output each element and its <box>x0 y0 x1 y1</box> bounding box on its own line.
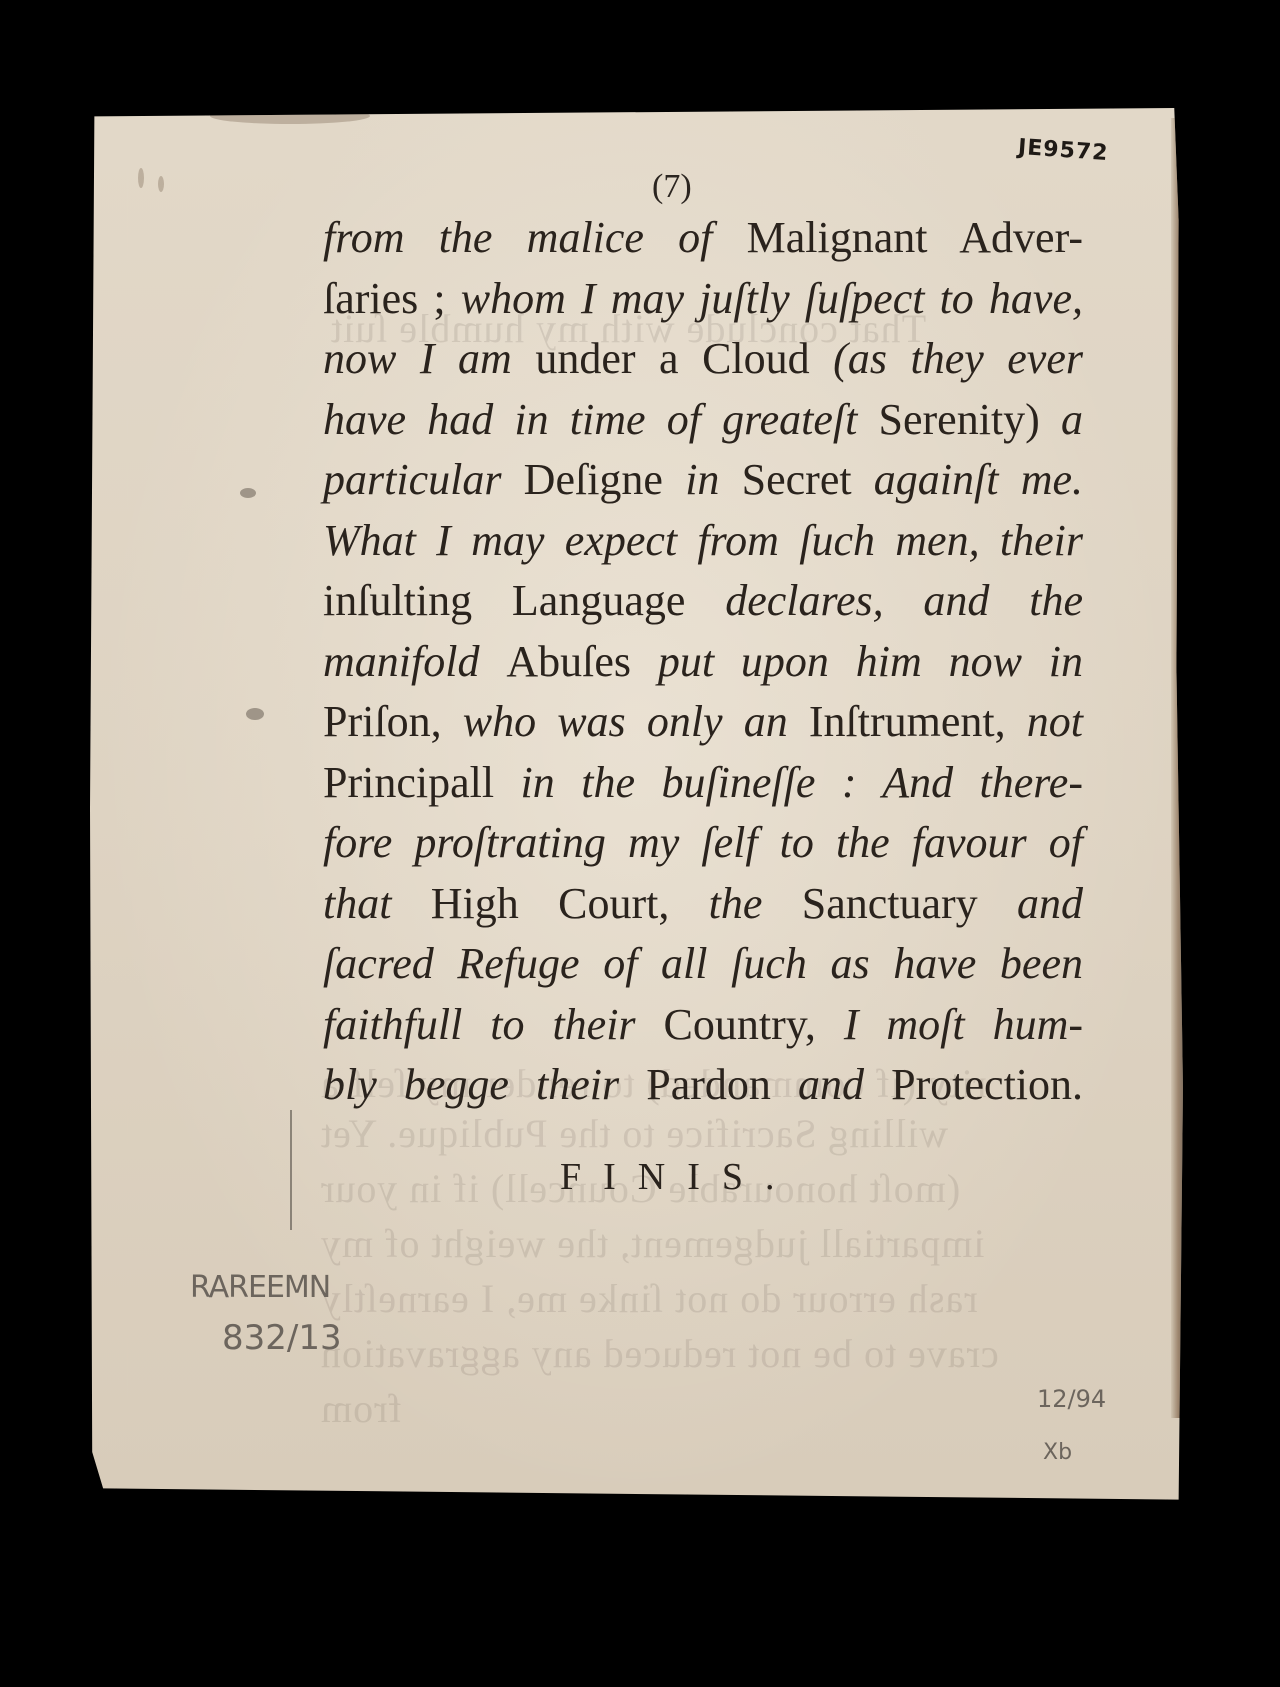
italic-run: from the malice of <box>323 213 712 262</box>
italic-run: (as they ever <box>833 334 1083 383</box>
italic-run: that <box>323 879 431 928</box>
italic-run: now I am <box>323 334 535 383</box>
italic-run: declares, and the <box>725 576 1083 625</box>
italic-run: bly begge their <box>323 1060 646 1109</box>
pencil-date: 12/94 <box>1037 1385 1106 1413</box>
text-line: bly begge their Pardon and Protection. <box>323 1055 1083 1116</box>
torn-spine-edge <box>1171 118 1183 1418</box>
roman-run: High Court, <box>431 879 709 928</box>
roman-run: ſaries ; <box>323 274 461 323</box>
finis-heading: FINIS. <box>560 1155 797 1199</box>
stain-mark <box>138 168 144 188</box>
italic-run: whom I may juſtly ſuſpect to have, <box>461 274 1083 323</box>
roman-run: Secret <box>742 455 874 504</box>
roman-run: Pardon <box>646 1060 798 1109</box>
italic-run: not <box>1027 697 1083 746</box>
show-through-line: crave to be not reduced any aggravation <box>320 1330 999 1377</box>
italic-run: and <box>798 1060 891 1109</box>
text-line: ſacred Refuge of all ſuch as have been <box>323 934 1083 995</box>
text-line: faithfull to their Country, I moſt hum- <box>323 995 1083 1056</box>
italic-run: put upon him now in <box>658 637 1083 686</box>
italic-run: and <box>1017 879 1083 928</box>
roman-run: Inſtrument, <box>809 697 1027 746</box>
italic-run: particular <box>323 455 524 504</box>
text-line: inſulting Language declares, and the <box>323 571 1083 632</box>
text-line: ſaries ; whom I may juſtly ſuſpect to ha… <box>323 269 1083 330</box>
stain-mark <box>158 176 164 192</box>
roman-run: Protection. <box>891 1060 1083 1109</box>
text-line: now I am under a Cloud (as they ever <box>323 329 1083 390</box>
italic-run: What I may expect from ſuch men, their <box>323 516 1083 565</box>
italic-run: I moſt hum- <box>844 1000 1083 1049</box>
italic-run: in the buſineſſe : And there- <box>521 758 1083 807</box>
roman-run: Principall <box>323 758 521 807</box>
roman-run: Abuſes <box>506 637 658 686</box>
text-line: have had in time of greateſt Serenity) a <box>323 390 1083 451</box>
text-line: particular Deſigne in Secret againſt me. <box>323 450 1083 511</box>
show-through-line: from <box>320 1385 402 1432</box>
pencil-call-number: 832/13 <box>222 1318 342 1358</box>
page-number: (7) <box>652 168 692 206</box>
italic-run: manifold <box>323 637 506 686</box>
roman-run: Serenity) <box>879 395 1061 444</box>
text-line: Priſon, who was only an Inſtrument, not <box>323 692 1083 753</box>
stain-mark <box>246 708 264 720</box>
roman-run: inſulting Language <box>323 576 725 625</box>
italic-run: who was only an <box>463 697 809 746</box>
roman-run: Priſon, <box>323 697 463 746</box>
italic-run: faithfull to their <box>323 1000 664 1049</box>
italic-run: ſacred Refuge of all ſuch as have been <box>323 939 1083 988</box>
text-line: that High Court, the Sanctuary and <box>323 874 1083 935</box>
stain-mark <box>240 488 256 498</box>
italic-run: againſt me. <box>874 455 1083 504</box>
text-line: What I may expect from ſuch men, their <box>323 511 1083 572</box>
text-line: manifold Abuſes put upon him now in <box>323 632 1083 693</box>
roman-run: under a Cloud <box>535 334 833 383</box>
text-line: Principall in the buſineſſe : And there- <box>323 753 1083 814</box>
italic-run: fore proſtrating my ſelf to the favour o… <box>323 818 1083 867</box>
italic-run: a <box>1061 395 1083 444</box>
italic-run: in <box>685 455 741 504</box>
pencil-initials: Xb <box>1043 1440 1072 1465</box>
margin-rule-mark <box>290 1110 292 1230</box>
roman-run: Deſigne <box>524 455 686 504</box>
roman-run: Malignant Adver- <box>712 213 1083 262</box>
show-through-line: willing Sacrifice to the Publique. Yet <box>320 1110 948 1157</box>
italic-run: the <box>709 879 802 928</box>
roman-run: Sanctuary <box>802 879 1017 928</box>
italic-run: have had in time of greateſt <box>323 395 879 444</box>
stain-mark <box>210 108 370 124</box>
text-line: fore proſtrating my ſelf to the favour o… <box>323 813 1083 874</box>
show-through-line: impartiall judgement, the weight of my <box>320 1220 985 1267</box>
pencil-library-mark: RAREEMN <box>190 1270 330 1305</box>
roman-run: Country, <box>664 1000 844 1049</box>
body-text: from the malice of Malignant Adver-ſarie… <box>323 208 1083 1116</box>
text-line: from the malice of Malignant Adver- <box>323 208 1083 269</box>
show-through-line: rash errour do not ſinke me, I earneſtly <box>320 1275 978 1322</box>
